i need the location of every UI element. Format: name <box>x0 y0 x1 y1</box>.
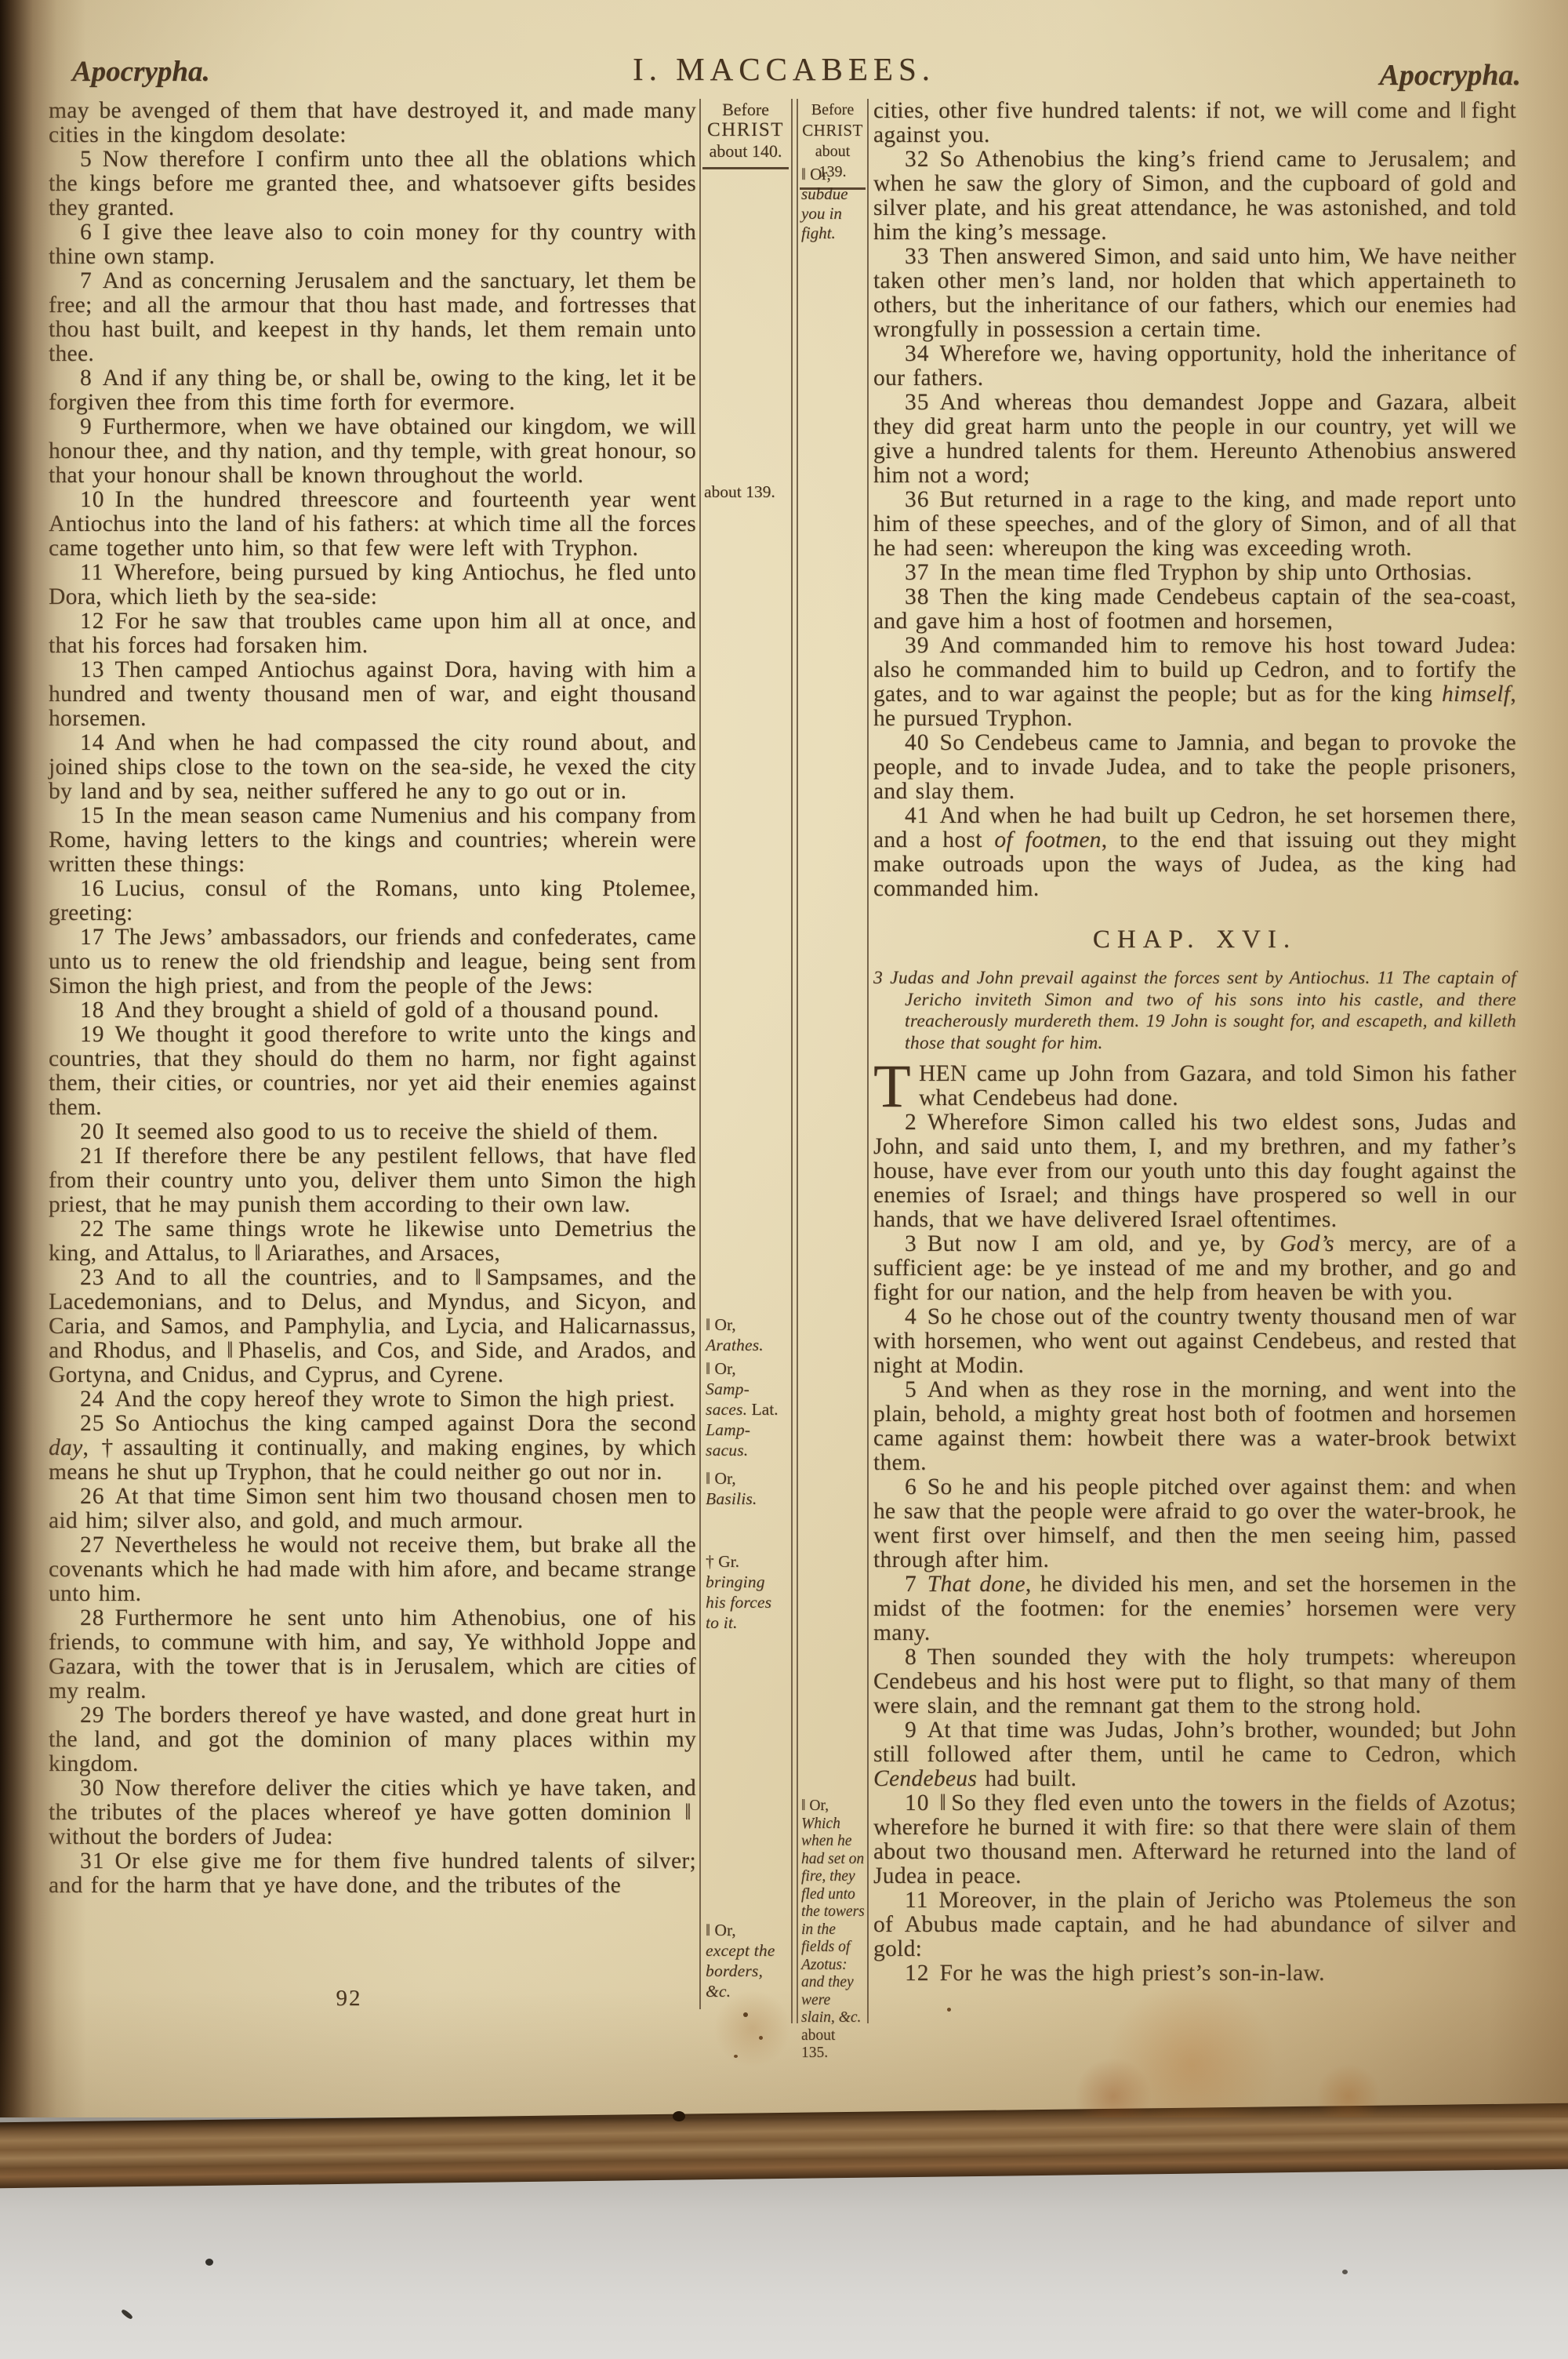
left-column-verses: 5Now therefore I confirm unto thee all t… <box>49 147 696 1898</box>
verse: 8And if any thing be, or shall be, owing… <box>49 366 696 415</box>
margin-head-line: Before <box>800 100 866 119</box>
verse: 26At that time Simon sent him two thousa… <box>49 1485 696 1533</box>
verse-text: If therefore there be any pestilent fell… <box>49 1143 696 1217</box>
verse-text: We thought it good therefore to write un… <box>49 1022 696 1120</box>
verse-text: At that time was Judas, John’s brother, … <box>873 1717 1516 1791</box>
verse-text: Now therefore deliver the cities which y… <box>49 1776 696 1849</box>
verse: 10In the hundred threescore and fourteen… <box>49 488 696 561</box>
drop-cap: T <box>873 1064 911 1108</box>
verse: 36But returned in a rage to the king, an… <box>873 488 1516 561</box>
margin-head-line: CHRIST <box>800 119 866 141</box>
verse: 18And they brought a shield of gold of a… <box>49 998 696 1023</box>
continuation-paragraph: may be avenged of them that have destroy… <box>49 99 696 147</box>
verse-text: In the mean time fled Tryphon by ship un… <box>940 560 1472 585</box>
verse: 38Then the king made Cendebeus captain o… <box>873 585 1516 634</box>
verse: 20It seemed also good to us to receive t… <box>49 1120 696 1144</box>
verse-text: For he saw that troubles came upon him a… <box>49 609 696 658</box>
margin-note-or-azotus: ‖ Or,Whichwhen hehad set onfire, theyfle… <box>801 1797 866 2063</box>
verse: 31Or else give me for them five hundred … <box>49 1849 696 1898</box>
verse-text: But now I am old, and ye, by God’s mercy… <box>873 1231 1516 1305</box>
verse: THEN came up John from Gazara, and told … <box>873 1062 1516 1110</box>
verse-text: And whereas thou demandest Joppe and Gaz… <box>873 390 1516 488</box>
verse-number: 8 <box>905 1645 917 1670</box>
column-rule-double <box>791 99 798 2023</box>
verse-number: 33 <box>905 244 930 269</box>
verse-number: 7 <box>905 1572 917 1597</box>
verse-number: 32 <box>905 147 930 172</box>
verse-number: 9 <box>905 1717 917 1743</box>
verse: 35And whereas thou demandest Joppe and G… <box>873 391 1516 488</box>
verse-text: The Jews’ ambassadors, our friends and c… <box>49 925 696 998</box>
verse-text: Wherefore we, having opportunity, hold t… <box>873 341 1516 391</box>
verse: 27Nevertheless he would not receive them… <box>49 1533 696 1606</box>
verse-text: Nevertheless he would not receive them, … <box>49 1532 696 1606</box>
dust-speck <box>205 2259 213 2266</box>
verse: 22The same things wrote he likewise unto… <box>49 1217 696 1266</box>
verse: 9At that time was Judas, John’s brother,… <box>873 1718 1516 1791</box>
verse-number: 35 <box>905 390 930 415</box>
verse-text: Then sounded they with the holy trumpets… <box>873 1645 1516 1718</box>
verse: 12For he was the high priest’s son-in-la… <box>873 1961 1516 1986</box>
ink-speck <box>673 2111 685 2121</box>
verse-text: In the mean season came Numenius and his… <box>49 803 696 877</box>
verse-text: So Athenobius the king’s friend came to … <box>873 147 1516 245</box>
verse: 4So he chose out of the country twenty t… <box>873 1305 1516 1378</box>
verse: 10‖ So they fled even unto the towers in… <box>873 1791 1516 1888</box>
verse: 25So Antiochus the king camped against D… <box>49 1412 696 1485</box>
verse-text: Wherefore, being pursued by king Antioch… <box>49 560 696 609</box>
margin-note-gr-bringing-forces: † Gr.bringinghis forcesto it. <box>706 1551 790 1633</box>
verse: 37In the mean time fled Tryphon by ship … <box>873 561 1516 585</box>
verse: 39And commanded him to remove his host t… <box>873 634 1516 731</box>
continuation-paragraph: cities, other five hundred talents: if n… <box>873 99 1516 147</box>
right-text-column: cities, other five hundred talents: if n… <box>873 99 1516 1986</box>
margin-head-line: about 140. <box>702 141 789 162</box>
verse-text: The same things wrote he likewise unto D… <box>49 1216 696 1266</box>
verse-number: 2 <box>905 1110 917 1135</box>
verse: 6I give thee leave also to coin money fo… <box>49 220 696 269</box>
verse: 2Wherefore Simon called his two eldest s… <box>873 1110 1516 1232</box>
verse-text: Then the king made Cendebeus captain of … <box>873 584 1516 634</box>
verse-number: 36 <box>905 487 930 512</box>
verse-text: Furthermore he sent unto him Athenobius,… <box>49 1605 696 1703</box>
verse-text: Then camped Antiochus against Dora, havi… <box>49 657 696 731</box>
verse-text: And to all the countries, and to ‖ Samps… <box>49 1265 696 1387</box>
verse: 5And when as they rose in the morning, a… <box>873 1378 1516 1475</box>
verse: 23And to all the countries, and to ‖ Sam… <box>49 1266 696 1387</box>
verse-text: ‖ So they fled even unto the towers in t… <box>873 1790 1516 1888</box>
verse-text: And when as they rose in the morning, an… <box>873 1377 1516 1475</box>
verse-number: 39 <box>905 633 930 658</box>
verse-text: And when he had compassed the city round… <box>49 730 696 804</box>
verse: 11Wherefore, being pursued by king Antio… <box>49 561 696 609</box>
chapter15-verses: 32So Athenobius the king’s friend came t… <box>873 147 1516 901</box>
ink-speck <box>947 2008 951 2012</box>
page-number: 92 <box>310 1986 388 2012</box>
verse-text: At that time Simon sent him two thousand… <box>49 1484 696 1533</box>
verse: 16Lucius, consul of the Romans, unto kin… <box>49 877 696 925</box>
ink-speck <box>734 2055 738 2058</box>
verse-text: So he and his people pitched over agains… <box>873 1474 1516 1572</box>
verse-text: That done, he divided his men, and set t… <box>873 1572 1516 1645</box>
margin-date-head-left: Before CHRIST about 140. <box>702 100 789 169</box>
verse-number: 11 <box>905 1888 928 1913</box>
verse-number: 10 <box>905 1790 930 1816</box>
verse: 8Then sounded they with the holy trumpet… <box>873 1645 1516 1718</box>
scanned-bible-page-photo: Apocrypha. I. MACCABEES. Apocrypha. may … <box>0 0 1568 2359</box>
verse: 7And as concerning Jerusalem and the san… <box>49 269 696 366</box>
verse: 9Furthermore, when we have obtained our … <box>49 415 696 488</box>
verse: 12For he saw that troubles came upon him… <box>49 609 696 658</box>
verse-text: And commanded him to remove his host tow… <box>873 633 1516 731</box>
verse: 3But now I am old, and ye, by God’s merc… <box>873 1232 1516 1305</box>
verse-text: came up John from Gazara, and told Simon… <box>919 1061 1516 1110</box>
verse-text: Furthermore, when we have obtained our k… <box>49 414 696 488</box>
margin-head-line: CHRIST <box>702 119 789 141</box>
verse: 34Wherefore we, having opportunity, hold… <box>873 342 1516 391</box>
verse-number: 40 <box>905 730 930 755</box>
verse-number: 5 <box>905 1377 917 1402</box>
verse: 13Then camped Antiochus against Dora, ha… <box>49 658 696 731</box>
verse-text: So Antiochus the king camped against Dor… <box>49 1411 696 1485</box>
verse-number: 37 <box>905 560 930 585</box>
verse: 11Moreover, in the plain of Jericho was … <box>873 1888 1516 1961</box>
verse-text: But returned in a rage to the king, and … <box>873 487 1516 561</box>
verse-number: 3 <box>905 1231 917 1256</box>
page-title: I. MACCABEES. <box>470 50 1098 88</box>
verse-text: It seemed also good to us to receive the… <box>115 1119 659 1144</box>
verse-text: Or else give me for them five hundred ta… <box>49 1848 696 1898</box>
chapter-summary: 3 Judas and John prevail against the for… <box>873 968 1516 1054</box>
verse: 19We thought it good therefore to write … <box>49 1023 696 1120</box>
verse-text: Then answered Simon, and said unto him, … <box>873 244 1516 342</box>
ink-speck <box>759 2036 763 2040</box>
margin-note-or-arathes: ‖ Or,Arathes. <box>706 1314 790 1355</box>
verse: 41And when he had built up Cedron, he se… <box>873 804 1516 901</box>
verse: 29The borders thereof ye have wasted, an… <box>49 1703 696 1776</box>
verse: 30Now therefore deliver the cities which… <box>49 1776 696 1849</box>
margin-note-about-139: about 139. <box>704 482 790 502</box>
verse: 6So he and his people pitched over again… <box>873 1475 1516 1572</box>
running-title-right: Apocrypha. <box>1341 58 1521 93</box>
verse-text: And as concerning Jerusalem and the sanc… <box>49 268 696 366</box>
left-text-column: may be avenged of them that have destroy… <box>49 99 696 1898</box>
verse: 33Then answered Simon, and said unto him… <box>873 245 1516 342</box>
verse: 32So Athenobius the king’s friend came t… <box>873 147 1516 245</box>
running-title-left: Apocrypha. <box>72 55 210 89</box>
verse: 15In the mean season came Numenius and h… <box>49 804 696 877</box>
verse-number: 12 <box>905 1961 930 1986</box>
verse-text: So he chose out of the country twenty th… <box>873 1304 1516 1378</box>
verse-text: And the copy hereof they wrote to Simon … <box>115 1387 675 1412</box>
verse-text: Now therefore I confirm unto thee all th… <box>49 147 696 220</box>
verse-number: 4 <box>905 1304 917 1329</box>
verse: 17The Jews’ ambassadors, our friends and… <box>49 925 696 998</box>
verse-text: The borders thereof ye have wasted, and … <box>49 1703 696 1776</box>
verse-number: 34 <box>905 341 930 366</box>
dust-speck <box>1342 2270 1348 2274</box>
verse-text: I give thee leave also to coin money for… <box>49 220 696 269</box>
verse: 24And the copy hereof they wrote to Simo… <box>49 1387 696 1412</box>
verse-text: Moreover, in the plain of Jericho was Pt… <box>873 1888 1516 1961</box>
verse: 21If therefore there be any pestilent fe… <box>49 1144 696 1217</box>
margin-note-or-subdue-fight: ‖ Or,subdueyou infight. <box>801 165 866 243</box>
verse-number: 6 <box>905 1474 917 1499</box>
verse-text: And if any thing be, or shall be, owing … <box>49 365 696 415</box>
chapter-heading: CHAP. XVI. <box>873 928 1516 952</box>
verse-lead: HEN <box>919 1061 967 1086</box>
margin-note-or-sampsaces: ‖ Or,Samp-saces. Lat.Lamp-sacus. <box>706 1358 790 1460</box>
margin-head-line: Before <box>702 100 789 119</box>
verse-text: Wherefore Simon called his two eldest so… <box>873 1110 1516 1232</box>
verse-text: Lucius, consul of the Romans, unto king … <box>49 876 696 925</box>
verse-number: 38 <box>905 584 930 609</box>
ink-speck <box>743 2012 748 2017</box>
book-page: Apocrypha. I. MACCABEES. Apocrypha. may … <box>0 0 1568 2117</box>
verse-text: And when he had built up Cedron, he set … <box>873 803 1516 901</box>
verse: 14And when he had compassed the city rou… <box>49 731 696 804</box>
verse-number: 41 <box>905 803 930 828</box>
chapter16-verses: 2Wherefore Simon called his two eldest s… <box>873 1110 1516 1986</box>
verse: 40So Cendebeus came to Jamnia, and began… <box>873 731 1516 804</box>
verse-text: In the hundred threescore and fourteenth… <box>49 487 696 561</box>
margin-note-or-except-borders: ‖ Or,except theborders,&c. <box>706 1920 790 2001</box>
book-spine-shadow <box>0 0 86 2117</box>
column-rule-left <box>699 99 701 2009</box>
verse: 7That done, he divided his men, and set … <box>873 1572 1516 1645</box>
column-rule-right <box>867 99 869 2023</box>
verse-text: For he was the high priest’s son-in-law. <box>940 1961 1325 1986</box>
margin-note-or-basilis: ‖ Or,Basilis. <box>706 1468 790 1509</box>
verse: 28Furthermore he sent unto him Athenobiu… <box>49 1606 696 1703</box>
verse: 5Now therefore I confirm unto thee all t… <box>49 147 696 220</box>
verse-text: So Cendebeus came to Jamnia, and began t… <box>873 730 1516 804</box>
verse-text: And they brought a shield of gold of a t… <box>115 998 659 1023</box>
